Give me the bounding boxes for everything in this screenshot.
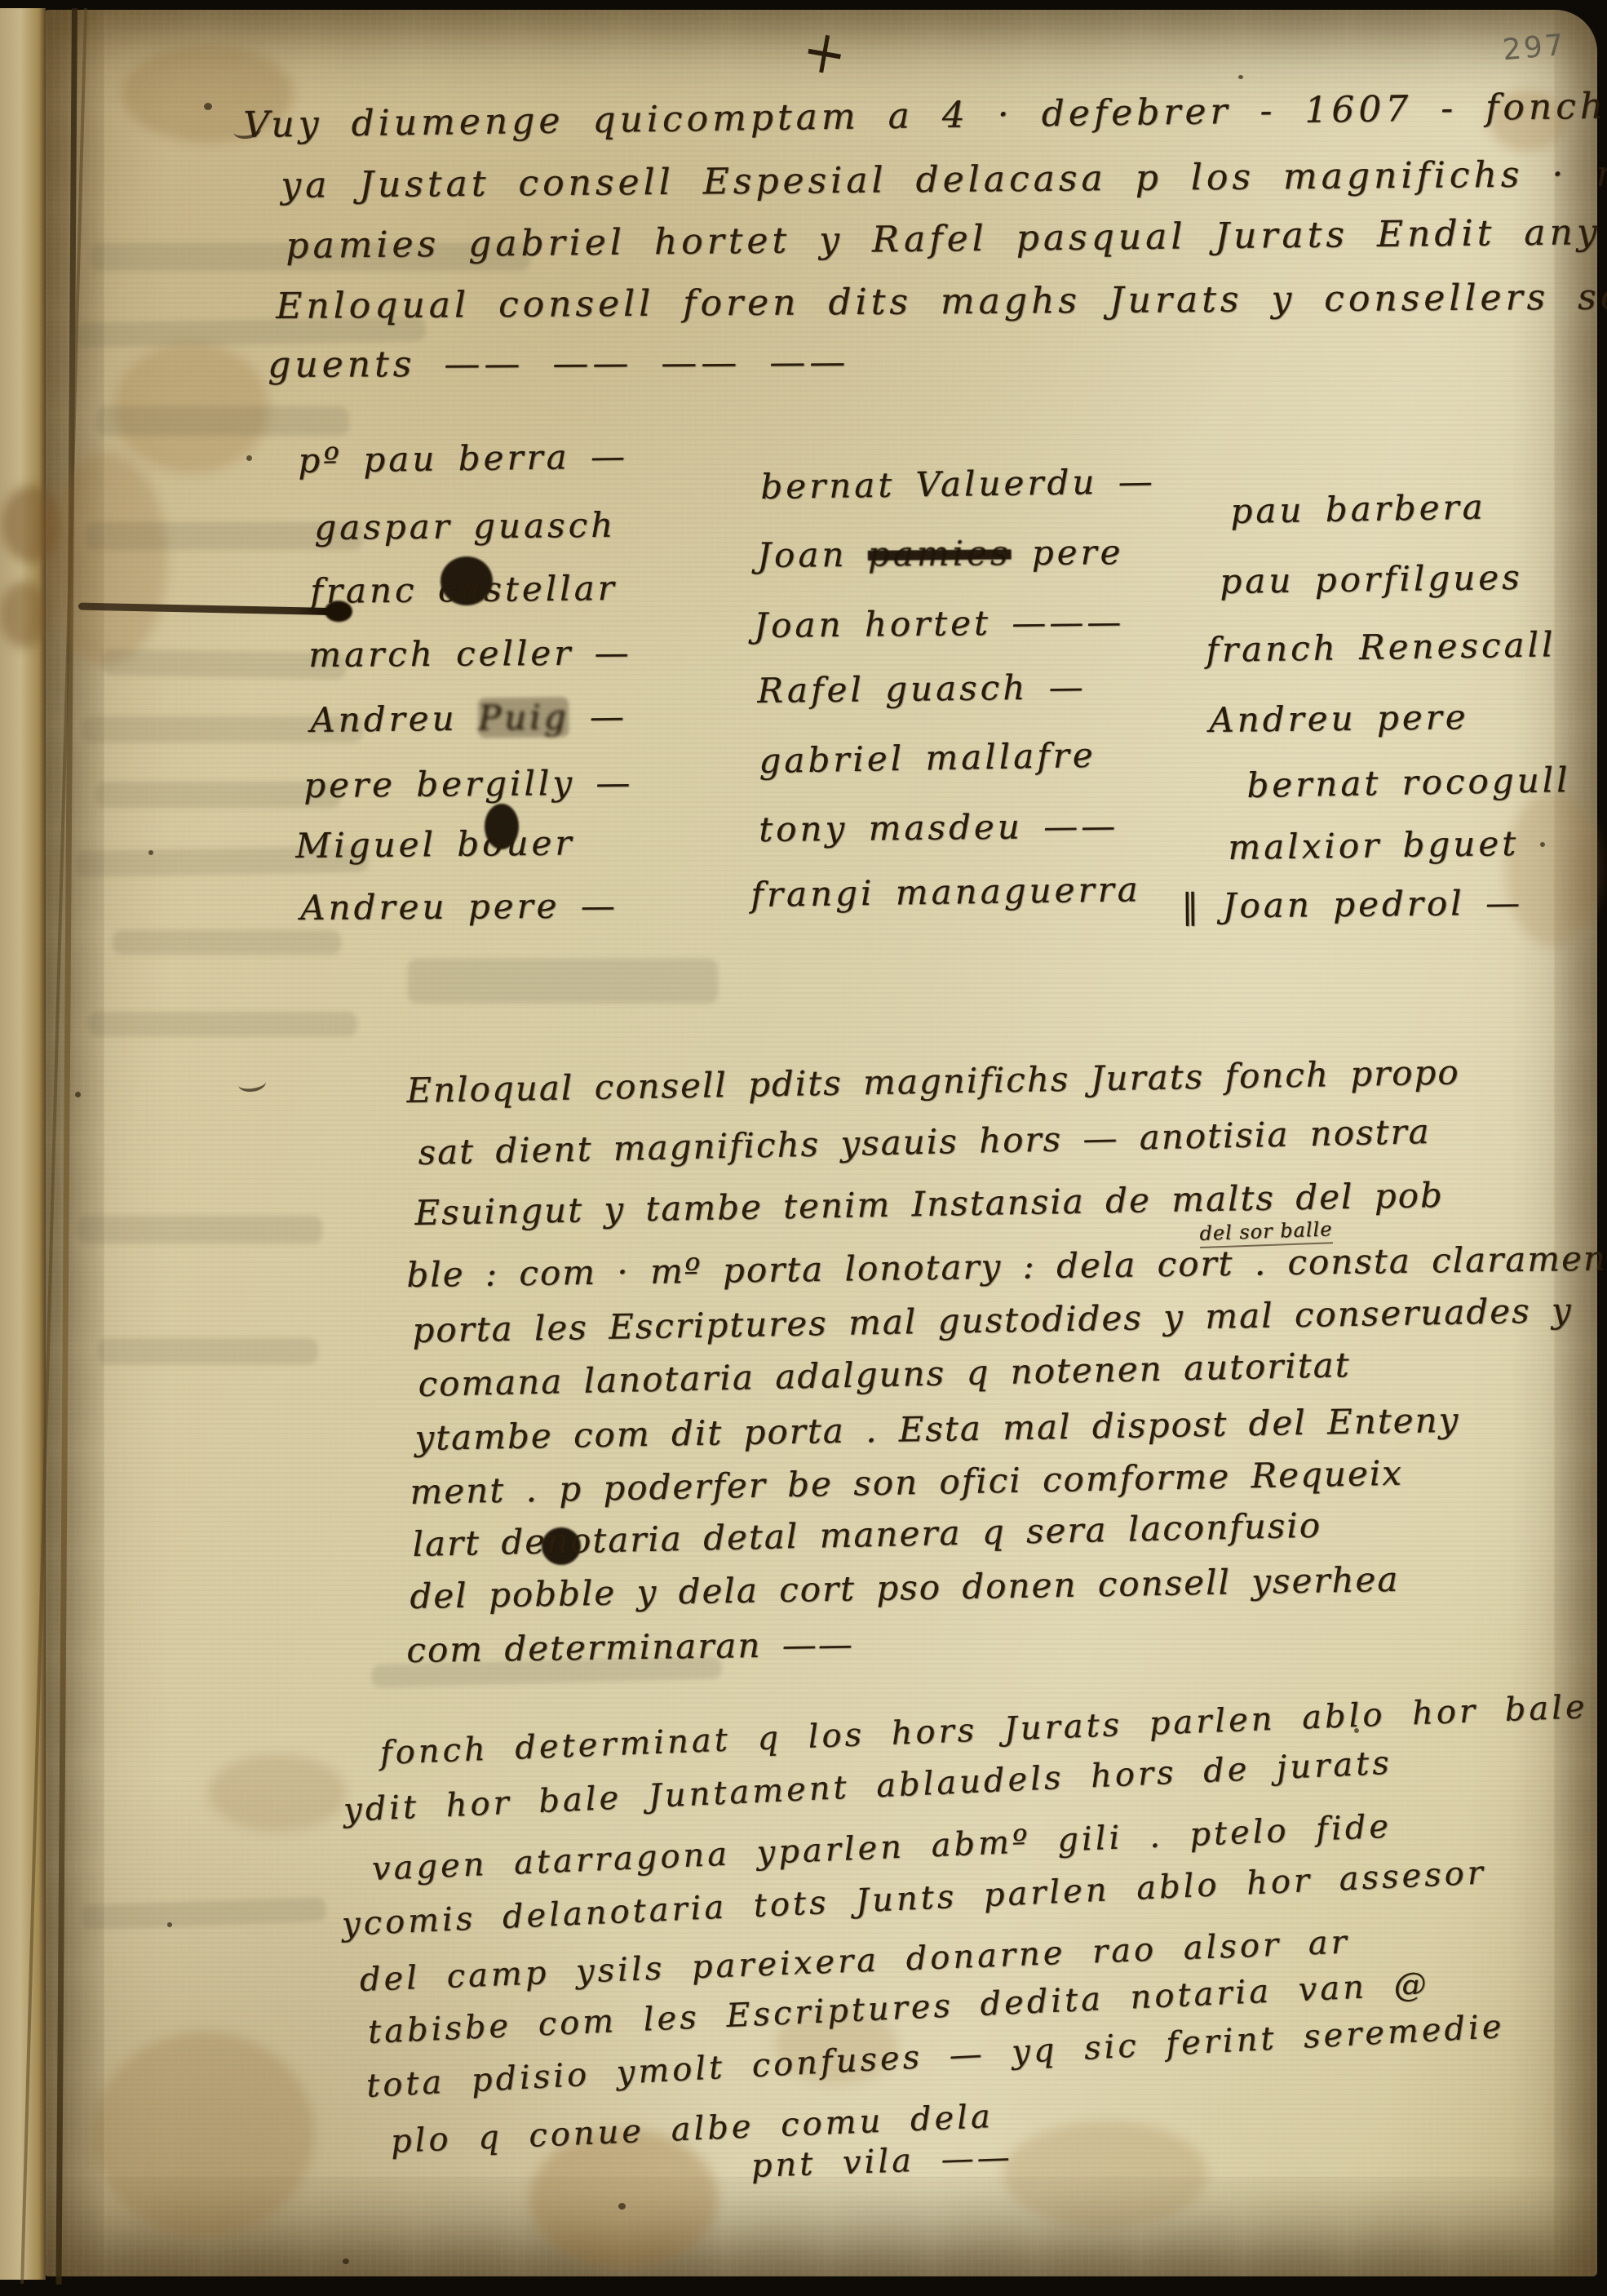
attendee-name: gaspar guasch: [314, 505, 616, 547]
attendee-name: Joan pamies pere: [757, 532, 1124, 575]
page-number: 297: [1501, 29, 1567, 68]
bleed-through-text: [98, 1338, 318, 1364]
attendee-name-part: Andreu: [310, 698, 478, 740]
attendee-name: pere bergilly —: [303, 762, 634, 805]
attendee-name-struck: pamies: [868, 533, 1012, 574]
attendee-name: franc castellar: [310, 568, 618, 611]
attendee-name: frangi managuerra: [750, 869, 1141, 915]
stain: [0, 581, 49, 648]
attendee-name-part: pere: [1011, 532, 1123, 573]
attendee-name-smudged: Puig: [478, 697, 569, 738]
attendee-name: pau barbera: [1230, 487, 1486, 531]
ink-speck: [167, 1922, 172, 1927]
attendee-name: Andreu pere —: [300, 885, 618, 928]
ink-speck: [75, 1092, 81, 1097]
attendee-name-part: —: [569, 696, 627, 737]
ink-speck: [246, 455, 252, 461]
adjacent-page-edge: [0, 8, 46, 2280]
stain: [2, 485, 60, 563]
attendee-name: Andreu pere: [1209, 697, 1469, 740]
attendee-name: pº pau berra —: [298, 436, 628, 481]
attendee-name: franch Renescall: [1206, 624, 1556, 670]
manuscript-scan: + 297 Vuy diumenge quicomptam a 4 · defe…: [0, 0, 1607, 2296]
attendee-name: march celler —: [308, 632, 632, 675]
attendee-name: bernat rocogull: [1246, 760, 1571, 805]
ink-speck: [1540, 842, 1545, 847]
stain: [94, 2032, 314, 2236]
bleed-through-text: [96, 406, 349, 436]
attendee-name: gabriel mallafre: [759, 735, 1096, 781]
attendee-name-part: Joan: [757, 534, 868, 575]
stain: [1003, 2121, 1207, 2227]
bleed-through-text: [113, 930, 341, 955]
attendee-name: bernat Valuerdu —: [760, 461, 1156, 507]
proposal-line: com determinaran ——: [406, 1624, 854, 1670]
attendee-name: tony masdeu ——: [759, 805, 1118, 849]
attendee-name: malxior bguet: [1228, 823, 1519, 867]
attendee-name: Miguel bouer: [295, 822, 575, 866]
attendee-name: ‖ Joan pedrol —: [1181, 883, 1523, 926]
stain: [45, 453, 167, 665]
bleed-through-text: [88, 1012, 357, 1036]
bleed-through-text: [408, 959, 718, 1004]
ink-speck: [343, 2258, 349, 2264]
bleed-through-text: [77, 1216, 322, 1243]
header-line: guents —— —— —— ——: [268, 341, 849, 386]
stain: [1505, 791, 1603, 946]
attendee-name: Joan hortet ———: [754, 601, 1124, 645]
ink-speck: [1238, 75, 1243, 79]
stain: [208, 1754, 347, 1832]
attendee-name: Rafel guasch —: [757, 667, 1087, 711]
ink-speck: [618, 2203, 626, 2210]
ink-speck: [204, 103, 212, 110]
attendee-name: Andreu Puig —: [310, 696, 627, 740]
ink-speck: [148, 850, 153, 855]
attendee-name: pau porfilgues: [1220, 557, 1523, 601]
